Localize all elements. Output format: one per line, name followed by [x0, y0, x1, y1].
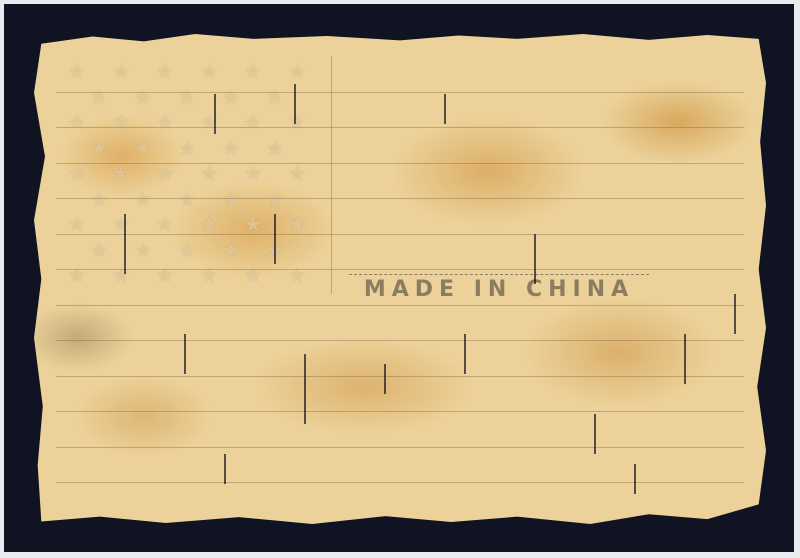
- stripe-line: [56, 411, 744, 412]
- ink-drip: [124, 214, 126, 274]
- star-icon: ★: [112, 164, 130, 184]
- star-icon: ★: [200, 62, 218, 82]
- ink-drip: [294, 84, 296, 124]
- star-icon: ★: [222, 88, 240, 108]
- stripe-line: [56, 163, 744, 164]
- stripe-line: [56, 234, 744, 235]
- star-icon: ★: [178, 88, 196, 108]
- star-icon: ★: [90, 190, 108, 210]
- star-icon: ★: [200, 215, 218, 235]
- stripe-line: [56, 305, 744, 306]
- star-icon: ★: [68, 113, 86, 133]
- star-icon: ★: [288, 164, 306, 184]
- star-icon: ★: [112, 62, 130, 82]
- ink-drip: [594, 414, 596, 454]
- star-icon: ★: [222, 139, 240, 159]
- star-icon: ★: [244, 215, 262, 235]
- ink-drip: [384, 364, 386, 394]
- star-icon: ★: [90, 241, 108, 261]
- star-icon: ★: [288, 62, 306, 82]
- star-icon: ★: [222, 190, 240, 210]
- ink-drip: [214, 94, 216, 134]
- star-icon: ★: [112, 215, 130, 235]
- stripe-line: [56, 198, 744, 199]
- star-icon: ★: [178, 241, 196, 261]
- made-in-china-stamp: MADE IN CHINA: [349, 274, 649, 305]
- star-icon: ★: [288, 113, 306, 133]
- star-icon: ★: [90, 139, 108, 159]
- star-icon: ★: [68, 62, 86, 82]
- ink-drip: [304, 354, 306, 424]
- star-icon: ★: [178, 139, 196, 159]
- star-icon: ★: [244, 62, 262, 82]
- flag-paper: ★★★★★★★★★★★★★★★★★★★★★★★★★★★★★★★★★★★★★★★★…: [34, 34, 766, 524]
- star-icon: ★: [178, 190, 196, 210]
- stripe-line: [56, 340, 744, 341]
- stripe-line: [56, 447, 744, 448]
- stripe-line: [56, 482, 744, 483]
- star-icon: ★: [134, 88, 152, 108]
- star-icon: ★: [288, 215, 306, 235]
- ink-drip: [224, 454, 226, 484]
- stripe-line: [56, 127, 744, 128]
- star-icon: ★: [134, 190, 152, 210]
- star-icon: ★: [112, 113, 130, 133]
- ink-drip: [634, 464, 636, 494]
- ink-drip: [684, 334, 686, 384]
- star-icon: ★: [90, 88, 108, 108]
- star-icon: ★: [134, 139, 152, 159]
- ink-drip: [184, 334, 186, 374]
- stripe-line: [56, 269, 744, 270]
- star-icon: ★: [134, 241, 152, 261]
- star-icon: ★: [156, 215, 174, 235]
- ink-drip: [734, 294, 736, 334]
- ink-drip: [464, 334, 466, 374]
- star-icon: ★: [200, 164, 218, 184]
- star-icon: ★: [244, 164, 262, 184]
- star-icon: ★: [266, 190, 284, 210]
- black-mount: ★★★★★★★★★★★★★★★★★★★★★★★★★★★★★★★★★★★★★★★★…: [4, 4, 794, 552]
- ink-drip: [444, 94, 446, 124]
- stripe-line: [56, 92, 744, 93]
- ink-drip: [274, 214, 276, 264]
- star-icon: ★: [156, 164, 174, 184]
- star-icon: ★: [156, 62, 174, 82]
- star-icon: ★: [222, 241, 240, 261]
- star-icon: ★: [68, 164, 86, 184]
- ink-drip: [534, 234, 536, 284]
- star-icon: ★: [244, 113, 262, 133]
- star-icon: ★: [266, 88, 284, 108]
- star-icon: ★: [156, 113, 174, 133]
- star-icon: ★: [68, 215, 86, 235]
- stripe-line: [56, 376, 744, 377]
- star-icon: ★: [266, 139, 284, 159]
